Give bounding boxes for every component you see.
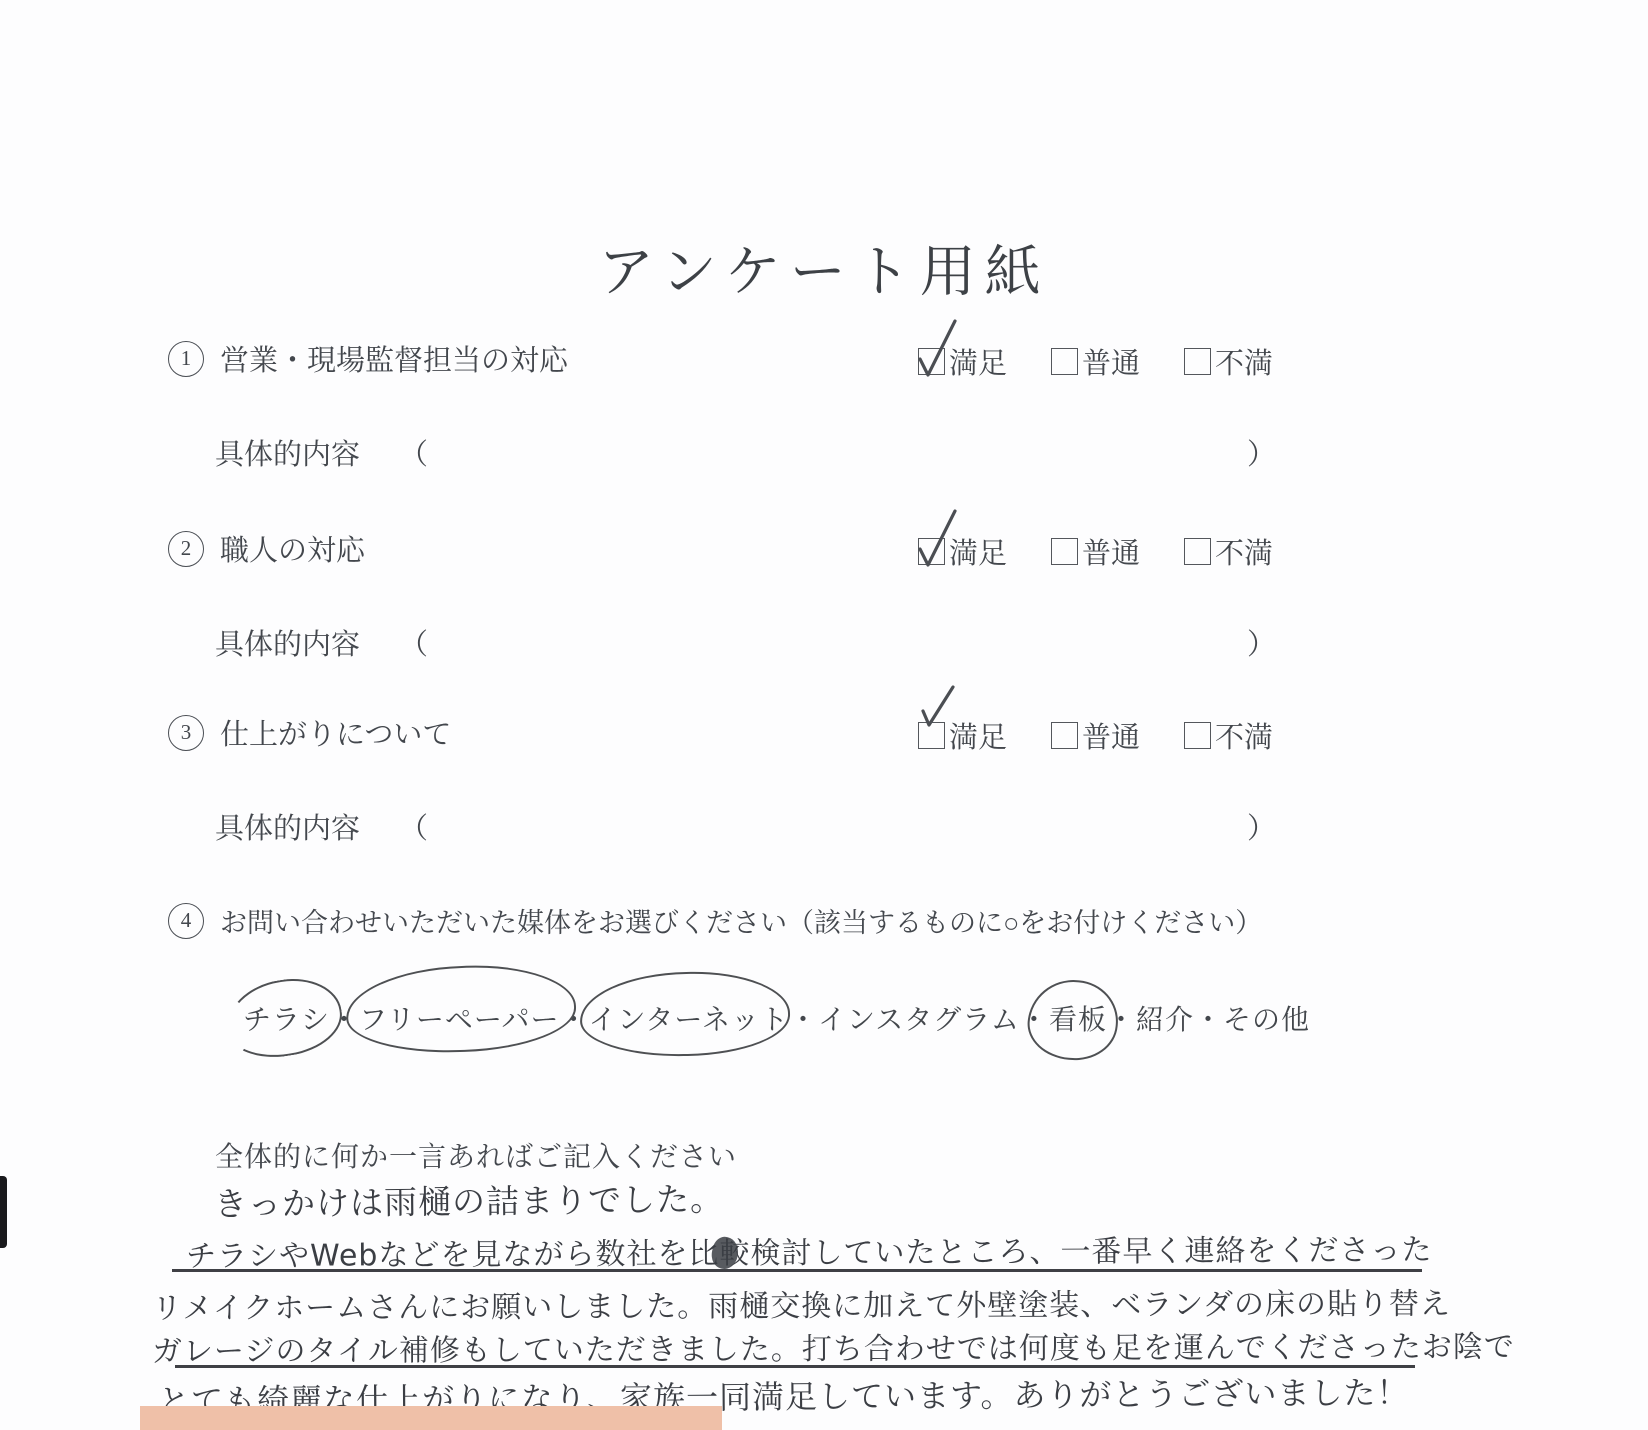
checkbox-dissatisfied-q1 — [1184, 348, 1211, 375]
checkbox-normal-q3 — [1051, 722, 1078, 749]
rating-label-dissatisfied: 不満 — [1215, 341, 1273, 382]
rating-normal-q2: 普通 — [1051, 531, 1140, 572]
hand-circle-kanban — [1025, 976, 1122, 1064]
hand-circle-internet — [579, 970, 790, 1058]
survey-form-scan: アンケート用紙 1 営業・現場監督担当の対応 満足 普通 不満 具体的内容 （ … — [0, 0, 1648, 1430]
media-option-shoukai: 紹介 — [1136, 998, 1194, 1038]
hand-circle-chirashi — [221, 971, 347, 1064]
media-option-instagram: インスタグラム — [818, 998, 1020, 1038]
option-separator: ・ — [1194, 998, 1223, 1038]
question-1: 1 営業・現場監督担当の対応 — [168, 338, 568, 379]
rating-label-satisfied: 満足 — [949, 531, 1007, 572]
checkbox-normal-q2 — [1051, 538, 1078, 565]
handwritten-line-2: チラシやWebなどを見ながら数社を比較検討していたところ、一番早く連絡をくださっ… — [186, 1225, 1433, 1276]
paren-open: （ — [399, 432, 428, 473]
question-4: 4 お問い合わせいただいた媒体をお選びください（該当するものに○をお付けください… — [168, 901, 1262, 940]
rating-normal-q1: 普通 — [1051, 341, 1140, 382]
scan-edge-smudge — [0, 1176, 7, 1248]
option-separator: ・ — [789, 998, 818, 1038]
rating-satisfied-q2: 満足 — [918, 531, 1007, 572]
rating-dissatisfied-q1: 不満 — [1184, 341, 1273, 382]
handwritten-line-4: ガレージのタイル補修もしていただきました。打ち合わせでは何度も足を運んでくださっ… — [152, 1322, 1515, 1371]
question-1-ratings: 満足 普通 不満 — [918, 341, 1317, 382]
question-1-number: 1 — [168, 341, 204, 377]
rating-label-dissatisfied: 不満 — [1215, 715, 1273, 756]
checkbox-satisfied-q3-checked — [918, 722, 945, 749]
rating-satisfied-q1: 満足 — [918, 341, 1007, 382]
checkbox-normal-q1 — [1051, 348, 1078, 375]
media-option-sonota: その他 — [1223, 998, 1310, 1038]
comment-prompt: 全体的に何か一言あればご記入ください — [215, 1135, 737, 1175]
handwritten-underline-2 — [175, 1365, 1415, 1368]
rating-dissatisfied-q2: 不満 — [1184, 531, 1273, 572]
question-3-number: 3 — [168, 715, 204, 751]
rating-label-normal: 普通 — [1082, 341, 1140, 382]
rating-satisfied-q3: 満足 — [918, 715, 1007, 756]
paren-close: ） — [1247, 622, 1276, 663]
question-2-number: 2 — [168, 531, 204, 567]
highlight-strip — [140, 1406, 722, 1430]
paren-open: （ — [399, 806, 428, 847]
rating-label-satisfied: 満足 — [949, 715, 1007, 756]
hand-circle-free-paper — [345, 962, 578, 1056]
checkbox-satisfied-q2-checked — [918, 538, 945, 565]
question-3: 3 仕上がりについて — [168, 712, 451, 753]
paren-open: （ — [399, 622, 428, 663]
question-2: 2 職人の対応 — [168, 528, 365, 569]
checkbox-dissatisfied-q2 — [1184, 538, 1211, 565]
question-3-label: 仕上がりについて — [220, 712, 451, 753]
detail-label: 具体的内容 — [215, 806, 360, 847]
paren-close: ） — [1247, 432, 1276, 473]
paren-close: ） — [1247, 806, 1276, 847]
page-title: アンケート用紙 — [0, 228, 1648, 308]
question-4-label: お問い合わせいただいた媒体をお選びください（該当するものに○をお付けください） — [220, 901, 1262, 940]
handwritten-line-3: リメイクホームさんにお願いしました。雨樋交換に加えて外壁塗装、ベランダの床の貼り… — [152, 1279, 1451, 1328]
rating-dissatisfied-q3: 不満 — [1184, 715, 1273, 756]
rating-label-normal: 普通 — [1082, 715, 1140, 756]
question-3-ratings: 満足 普通 不満 — [918, 715, 1317, 756]
detail-label: 具体的内容 — [215, 432, 360, 473]
checkbox-dissatisfied-q3 — [1184, 722, 1211, 749]
question-4-number: 4 — [168, 903, 204, 939]
rating-label-dissatisfied: 不満 — [1215, 531, 1273, 572]
checkbox-satisfied-q1-checked — [918, 348, 945, 375]
detail-label: 具体的内容 — [215, 622, 360, 663]
rating-label-satisfied: 満足 — [949, 341, 1007, 382]
question-2-label: 職人の対応 — [220, 528, 365, 569]
rating-normal-q3: 普通 — [1051, 715, 1140, 756]
question-2-ratings: 満足 普通 不満 — [918, 531, 1317, 572]
rating-label-normal: 普通 — [1082, 531, 1140, 572]
handwritten-underline-1 — [172, 1269, 1422, 1272]
question-1-label: 営業・現場監督担当の対応 — [220, 338, 568, 379]
handwritten-line-1: きっかけは雨樋の詰まりでした。 — [214, 1173, 724, 1225]
